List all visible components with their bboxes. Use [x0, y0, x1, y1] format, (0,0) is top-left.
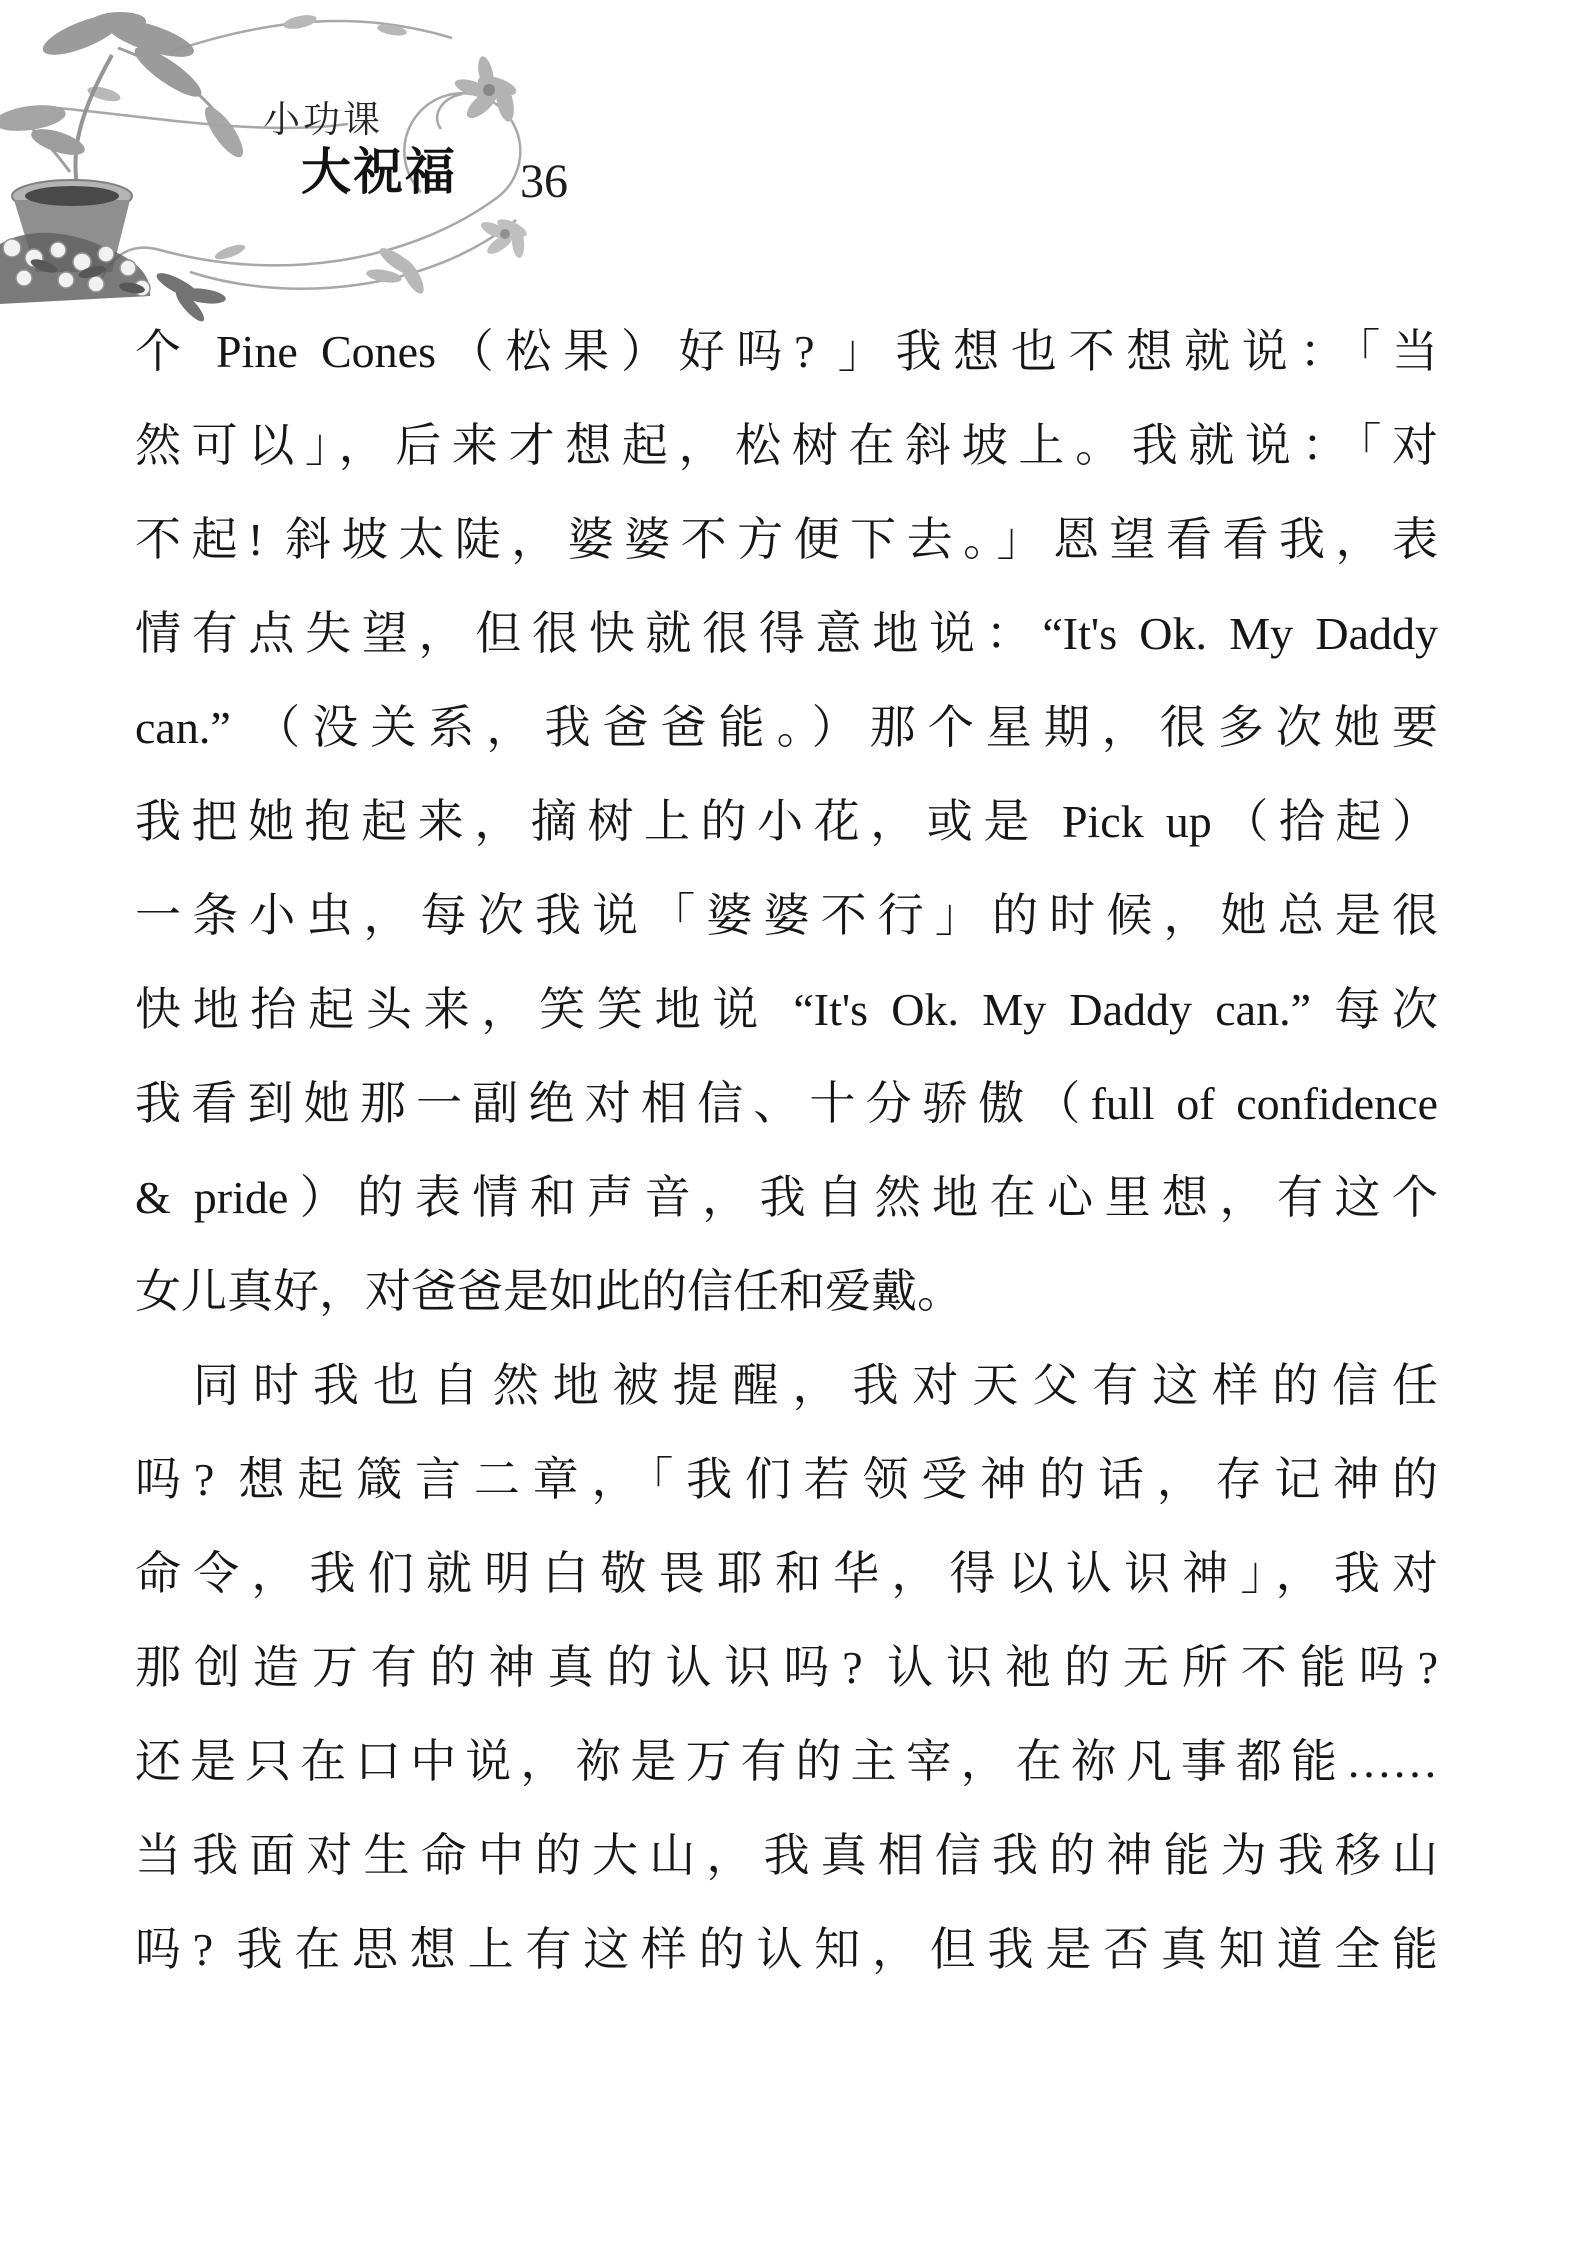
text-line: 那创造万有的神真的认识吗? 认识祂的无所不能吗? [135, 1621, 1438, 1715]
text-line: 吗? 想起箴言二章，「我们若领受神的话，存记神的 [135, 1433, 1438, 1527]
text-line: can.” （没关系，我爸爸能。）那个星期，很多次她要 [135, 681, 1438, 775]
text-line: 同时我也自然地被提醒，我对天父有这样的信任 [135, 1339, 1438, 1433]
header-title-large: 大祝福 [301, 147, 457, 197]
text-line: 不起! 斜坡太陡，婆婆不方便下去。」恩望看看我，表 [135, 493, 1438, 587]
page-body: 个 Pine Cones（松果）好吗? 」我想也不想就说：「当 然可以」，后来才… [135, 305, 1438, 1997]
flower-icon [453, 55, 519, 123]
text-line: 然可以」，后来才想起，松树在斜坡上。我就说：「对 [135, 399, 1438, 493]
text-line: 还是只在口中说，祢是万有的主宰，在祢凡事都能…… [135, 1715, 1438, 1809]
text-line: 命令，我们就明白敬畏耶和华，得以认识神」，我对 [135, 1527, 1438, 1621]
text-line: 我看到她那一副绝对相信、十分骄傲（full of confidence [135, 1057, 1438, 1151]
text-line: 吗? 我在思想上有这样的认知，但我是否真知道全能 [135, 1903, 1438, 1997]
text-line: 女儿真好，对爸爸是如此的信任和爱戴。 [135, 1245, 1438, 1339]
text-line: 我把她抱起来，摘树上的小花，或是 Pick up（拾起） [135, 775, 1438, 869]
header-title-small: 小功课 [263, 101, 383, 138]
text-line: & pride）的表情和声音，我自然地在心里想，有这个 [135, 1151, 1438, 1245]
page-number: 36 [520, 158, 568, 206]
book-page: 小功课 大祝福 36 个 Pine Cones（松果）好吗? 」我想也不想就说：… [0, 0, 1571, 2256]
text-line: 情有点失望，但很快就很得意地说：“It's Ok. My Daddy [135, 587, 1438, 681]
flower-icon [479, 216, 529, 259]
text-line: 一条小虫，每次我说「婆婆不行」的时候，她总是很 [135, 869, 1438, 963]
text-line: 快地抬起头来，笑笑地说 “It's Ok. My Daddy can.” 每次 [135, 963, 1438, 1057]
text-line: 当我面对生命中的大山，我真相信我的神能为我移山 [135, 1809, 1438, 1903]
text-line: 个 Pine Cones（松果）好吗? 」我想也不想就说：「当 [135, 305, 1438, 399]
